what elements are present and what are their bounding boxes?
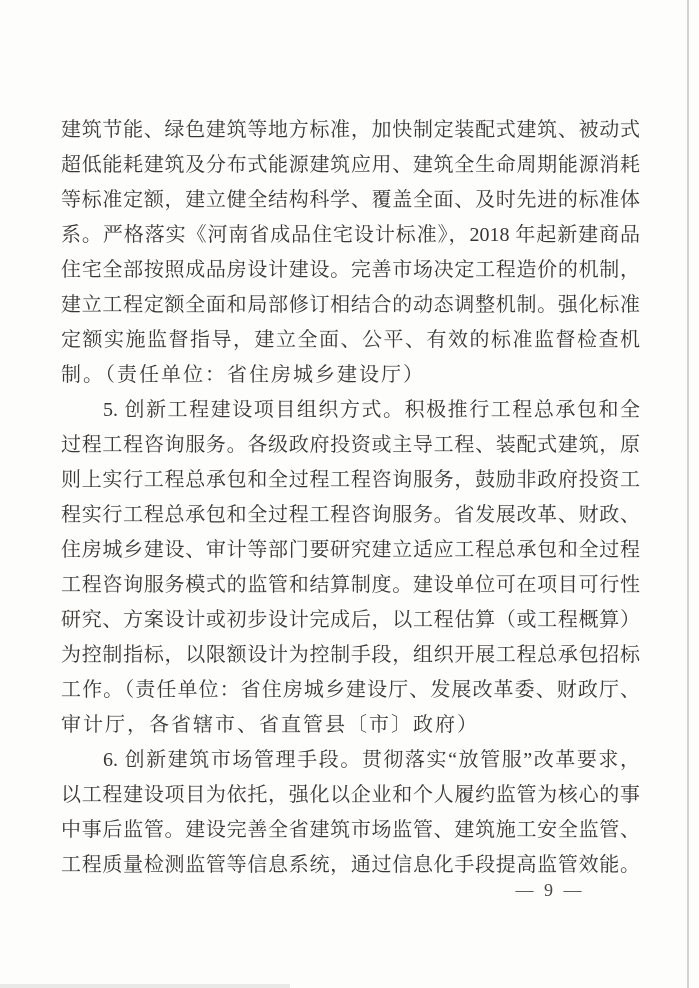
text-line-responsibility-unit: 审计厅，各省辖市、省直管县〔市〕政府）	[61, 708, 640, 743]
text-line: 建立工程定额全面和局部修订相结合的动态调整机制。强化标准	[61, 288, 640, 323]
text-line: 为控制指标，以限额设计为控制手段，组织开展工程总承包招标	[61, 638, 640, 673]
document-body: 建筑节能、绿色建筑等地方标准，加快制定装配式建筑、被动式 超低能耗建筑及分布式能…	[61, 113, 640, 883]
text-line: 定额实施监督指导，建立全面、公平、有效的标准监督检查机	[61, 323, 640, 358]
paragraph-item-5: 5. 创新工程建设项目组织方式。积极推行工程总承包和全 过程工程咨询服务。各级政…	[61, 393, 640, 743]
text-line: 中事后监管。建设完善全省建筑市场监管、建筑施工安全监管、	[61, 813, 640, 848]
text-line: 程实行工程总承包和全过程工程咨询服务。省发展改革、财政、	[61, 498, 640, 533]
text-line: 住房城乡建设、审计等部门要研究建立适应工程总承包和全过程	[61, 533, 640, 568]
text-line: 建筑节能、绿色建筑等地方标准，加快制定装配式建筑、被动式	[61, 113, 640, 148]
text-line: 超低能耗建筑及分布式能源建筑应用、建筑全生命周期能源消耗	[61, 148, 640, 183]
page-number: — 9 —	[505, 876, 595, 904]
text-line: 工作。（责任单位：省住房城乡建设厅、发展改革委、财政厅、	[61, 673, 640, 708]
text-line: 则上实行工程总承包和全过程工程咨询服务，鼓励非政府投资工	[61, 463, 640, 498]
text-line: 研究、方案设计或初步设计完成后，以工程估算（或工程概算）	[61, 603, 640, 638]
text-line: 过程工程咨询服务。各级政府投资或主导工程、装配式建筑，原	[61, 428, 640, 463]
scan-smudge	[0, 984, 290, 988]
text-line-item-6-start: 6. 创新建筑市场管理手段。贯彻落实“放管服”改革要求，	[61, 743, 640, 778]
text-line: 等标准定额，建立健全结构科学、覆盖全面、及时先进的标准体	[61, 183, 640, 218]
text-line-item-5-start: 5. 创新工程建设项目组织方式。积极推行工程总承包和全	[61, 393, 640, 428]
text-line: 住宅全部按照成品房设计建设。完善市场决定工程造价的机制，	[61, 253, 640, 288]
paragraph-continuation: 建筑节能、绿色建筑等地方标准，加快制定装配式建筑、被动式 超低能耗建筑及分布式能…	[61, 113, 640, 393]
paper-edge-line	[687, 0, 689, 988]
text-line: 以工程建设项目为依托，强化以企业和个人履约监管为核心的事	[61, 778, 640, 813]
paragraph-item-6: 6. 创新建筑市场管理手段。贯彻落实“放管服”改革要求， 以工程建设项目为依托，…	[61, 743, 640, 883]
text-line: 工程咨询服务模式的监管和结算制度。建设单位可在项目可行性	[61, 568, 640, 603]
text-line: 系。严格落实《河南省成品住宅设计标准》，2018 年起新建商品	[61, 218, 640, 253]
text-line-responsibility-unit: 制。（责任单位：省住房城乡建设厅）	[61, 358, 640, 393]
document-page: 建筑节能、绿色建筑等地方标准，加快制定装配式建筑、被动式 超低能耗建筑及分布式能…	[0, 0, 699, 988]
